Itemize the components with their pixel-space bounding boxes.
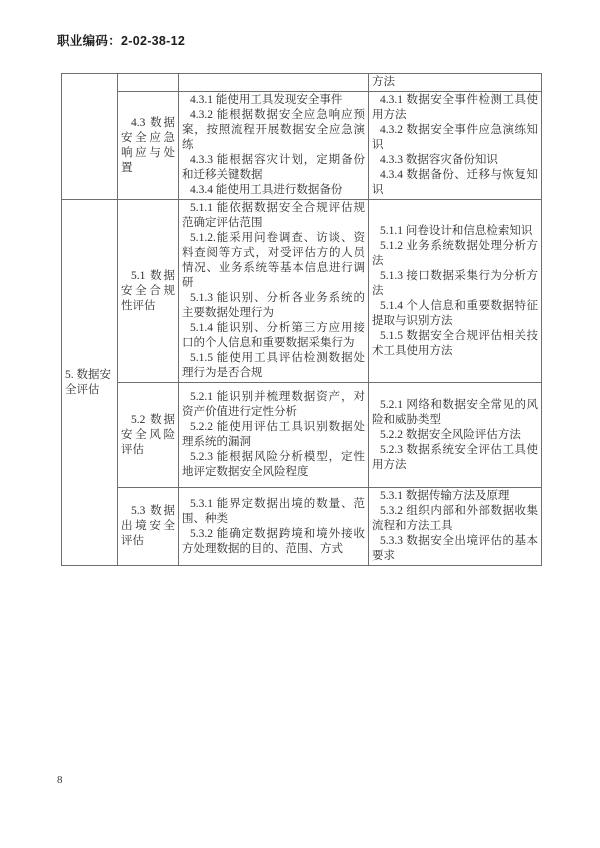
skill-item: 5.2.1 能识别并梳理数据资产，对资产价值进行定性分析 <box>182 390 365 420</box>
skill-item: 5.1.1 能依据数据安全合规评估规范确定评估范围 <box>182 201 365 231</box>
cell-duty-blank <box>118 74 179 92</box>
skill-item: 5.1.3 能识别、分析各业务系统的主要数据处理行为 <box>182 291 365 321</box>
table-row-5-1: 5. 数据安全评估 5.1 数据安全合规性评估 5.1.1 能依据数据安全合规评… <box>62 200 542 383</box>
skill-item: 5.3.1 能界定数据出境的数量、范围、种类 <box>182 497 365 527</box>
cell-skills-5-2: 5.2.1 能识别并梳理数据资产，对资产价值进行定性分析 5.2.2 能使用评估… <box>179 383 369 488</box>
knowledge-item: 5.1.3 接口数据采集行为分析方法 <box>372 269 538 299</box>
knowledge-item: 5.1.4 个人信息和重要数据特征提取与识别方法 <box>372 299 538 329</box>
cell-skills-5-1: 5.1.1 能依据数据安全合规评估规范确定评估范围 5.1.2.能采用问卷调查、… <box>179 200 369 383</box>
table-row-4-3: 4.3 数据安全应急响应与处置 4.3.1 能使用工具发现安全事件 4.3.2 … <box>62 92 542 200</box>
knowledge-item: 5.1.2 业务系统数据处理分析方法 <box>372 239 538 269</box>
occupation-code: 职业编码：2-02-38-12 <box>57 31 185 49</box>
cell-skills-blank <box>179 74 369 92</box>
knowledge-item: 4.3.4 数据备份、迁移与恢复知识 <box>372 168 538 198</box>
cell-knowledge-5-3: 5.3.1 数据传输方法及原理 5.3.2 组织内部和外部数据收集流程和方法工具… <box>369 488 542 566</box>
skill-item: 5.1.4 能识别、分析第三方应用接口的个人信息和重要数据采集行为 <box>182 321 365 351</box>
duty-label: 5.2 数据安全风险评估 <box>121 413 175 458</box>
knowledge-item: 5.3.2 组织内部和外部数据收集流程和方法工具 <box>372 504 538 534</box>
knowledge-carryover-text: 方法 <box>372 75 538 90</box>
cell-duty-4-3: 4.3 数据安全应急响应与处置 <box>118 92 179 200</box>
skill-item: 4.3.1 能使用工具发现安全事件 <box>182 93 365 108</box>
skill-item: 4.3.4 能使用工具进行数据备份 <box>182 183 365 198</box>
cell-knowledge-5-1: 5.1.1 问卷设计和信息检索知识 5.1.2 业务系统数据处理分析方法 5.1… <box>369 200 542 383</box>
cell-group-blank <box>62 74 118 200</box>
knowledge-item: 5.2.2 数据安全风险评估方法 <box>372 428 538 443</box>
table-row-5-3: 5.3 数据出境安全评估 5.3.1 能界定数据出境的数量、范围、种类 5.3.… <box>62 488 542 566</box>
cell-skills-5-3: 5.3.1 能界定数据出境的数量、范围、种类 5.3.2 能确定数据跨境和境外接… <box>179 488 369 566</box>
knowledge-item: 5.2.3 数据系统安全评估工具使用方法 <box>372 443 538 473</box>
table-row-5-2: 5.2 数据安全风险评估 5.2.1 能识别并梳理数据资产，对资产价值进行定性分… <box>62 383 542 488</box>
cell-duty-5-3: 5.3 数据出境安全评估 <box>118 488 179 566</box>
knowledge-item: 4.3.2 数据安全事件应急演练知识 <box>372 123 538 153</box>
cell-duty-5-1: 5.1 数据安全合规性评估 <box>118 200 179 383</box>
skill-item: 4.3.3 能根据容灾计划，定期备份和迁移关键数据 <box>182 153 365 183</box>
knowledge-item: 5.3.3 数据安全出境评估的基本要求 <box>372 534 538 564</box>
knowledge-item: 4.3.1 数据安全事件检测工具使用方法 <box>372 93 538 123</box>
skill-item: 5.1.2.能采用问卷调查、访谈、资料查阅等方式，对受评估方的人员情况、业务系统… <box>182 231 365 291</box>
cell-knowledge-carryover: 方法 <box>369 74 542 92</box>
duty-label: 5.3 数据出境安全评估 <box>121 504 175 549</box>
skill-item: 5.2.3 能根据风险分析模型，定性地评定数据安全风险程度 <box>182 450 365 480</box>
table-row-carryover: 方法 <box>62 74 542 92</box>
cell-knowledge-5-2: 5.2.1 网络和数据安全常见的风险和威胁类型 5.2.2 数据安全风险评估方法… <box>369 383 542 488</box>
knowledge-item: 5.3.1 数据传输方法及原理 <box>372 489 538 504</box>
knowledge-item: 5.1.1 问卷设计和信息检索知识 <box>372 224 538 239</box>
page-number: 8 <box>57 774 63 786</box>
cell-knowledge-4-3: 4.3.1 数据安全事件检测工具使用方法 4.3.2 数据安全事件应急演练知识 … <box>369 92 542 200</box>
knowledge-item: 5.2.1 网络和数据安全常见的风险和威胁类型 <box>372 398 538 428</box>
cell-group-5: 5. 数据安全评估 <box>62 200 118 566</box>
group-label: 5. 数据安全评估 <box>65 368 114 398</box>
duty-label: 5.1 数据安全合规性评估 <box>121 269 175 314</box>
cell-skills-4-3: 4.3.1 能使用工具发现安全事件 4.3.2 能根据数据安全应急响应预案，按照… <box>179 92 369 200</box>
skill-item: 4.3.2 能根据数据安全应急响应预案，按照流程开展数据安全应急演练 <box>182 108 365 153</box>
duty-label: 4.3 数据安全应急响应与处置 <box>121 116 175 176</box>
skill-item: 5.3.2 能确定数据跨境和境外接收方处理数据的目的、范围、方式 <box>182 527 365 557</box>
cell-duty-5-2: 5.2 数据安全风险评估 <box>118 383 179 488</box>
skills-knowledge-table: 方法 4.3 数据安全应急响应与处置 4.3.1 能使用工具发现安全事件 4.3… <box>61 73 542 566</box>
skill-item: 5.2.2 能使用评估工具识别数据处理系统的漏洞 <box>182 420 365 450</box>
document-page: 职业编码：2-02-38-12 方法 4.3 数据安全应急响应与处置 4 <box>0 0 600 848</box>
knowledge-item: 4.3.3 数据容灾备份知识 <box>372 153 538 168</box>
skill-item: 5.1.5 能使用工具评估检测数据处理行为是否合规 <box>182 351 365 381</box>
knowledge-item: 5.1.5 数据安全合规评估相关技术工具使用方法 <box>372 329 538 359</box>
